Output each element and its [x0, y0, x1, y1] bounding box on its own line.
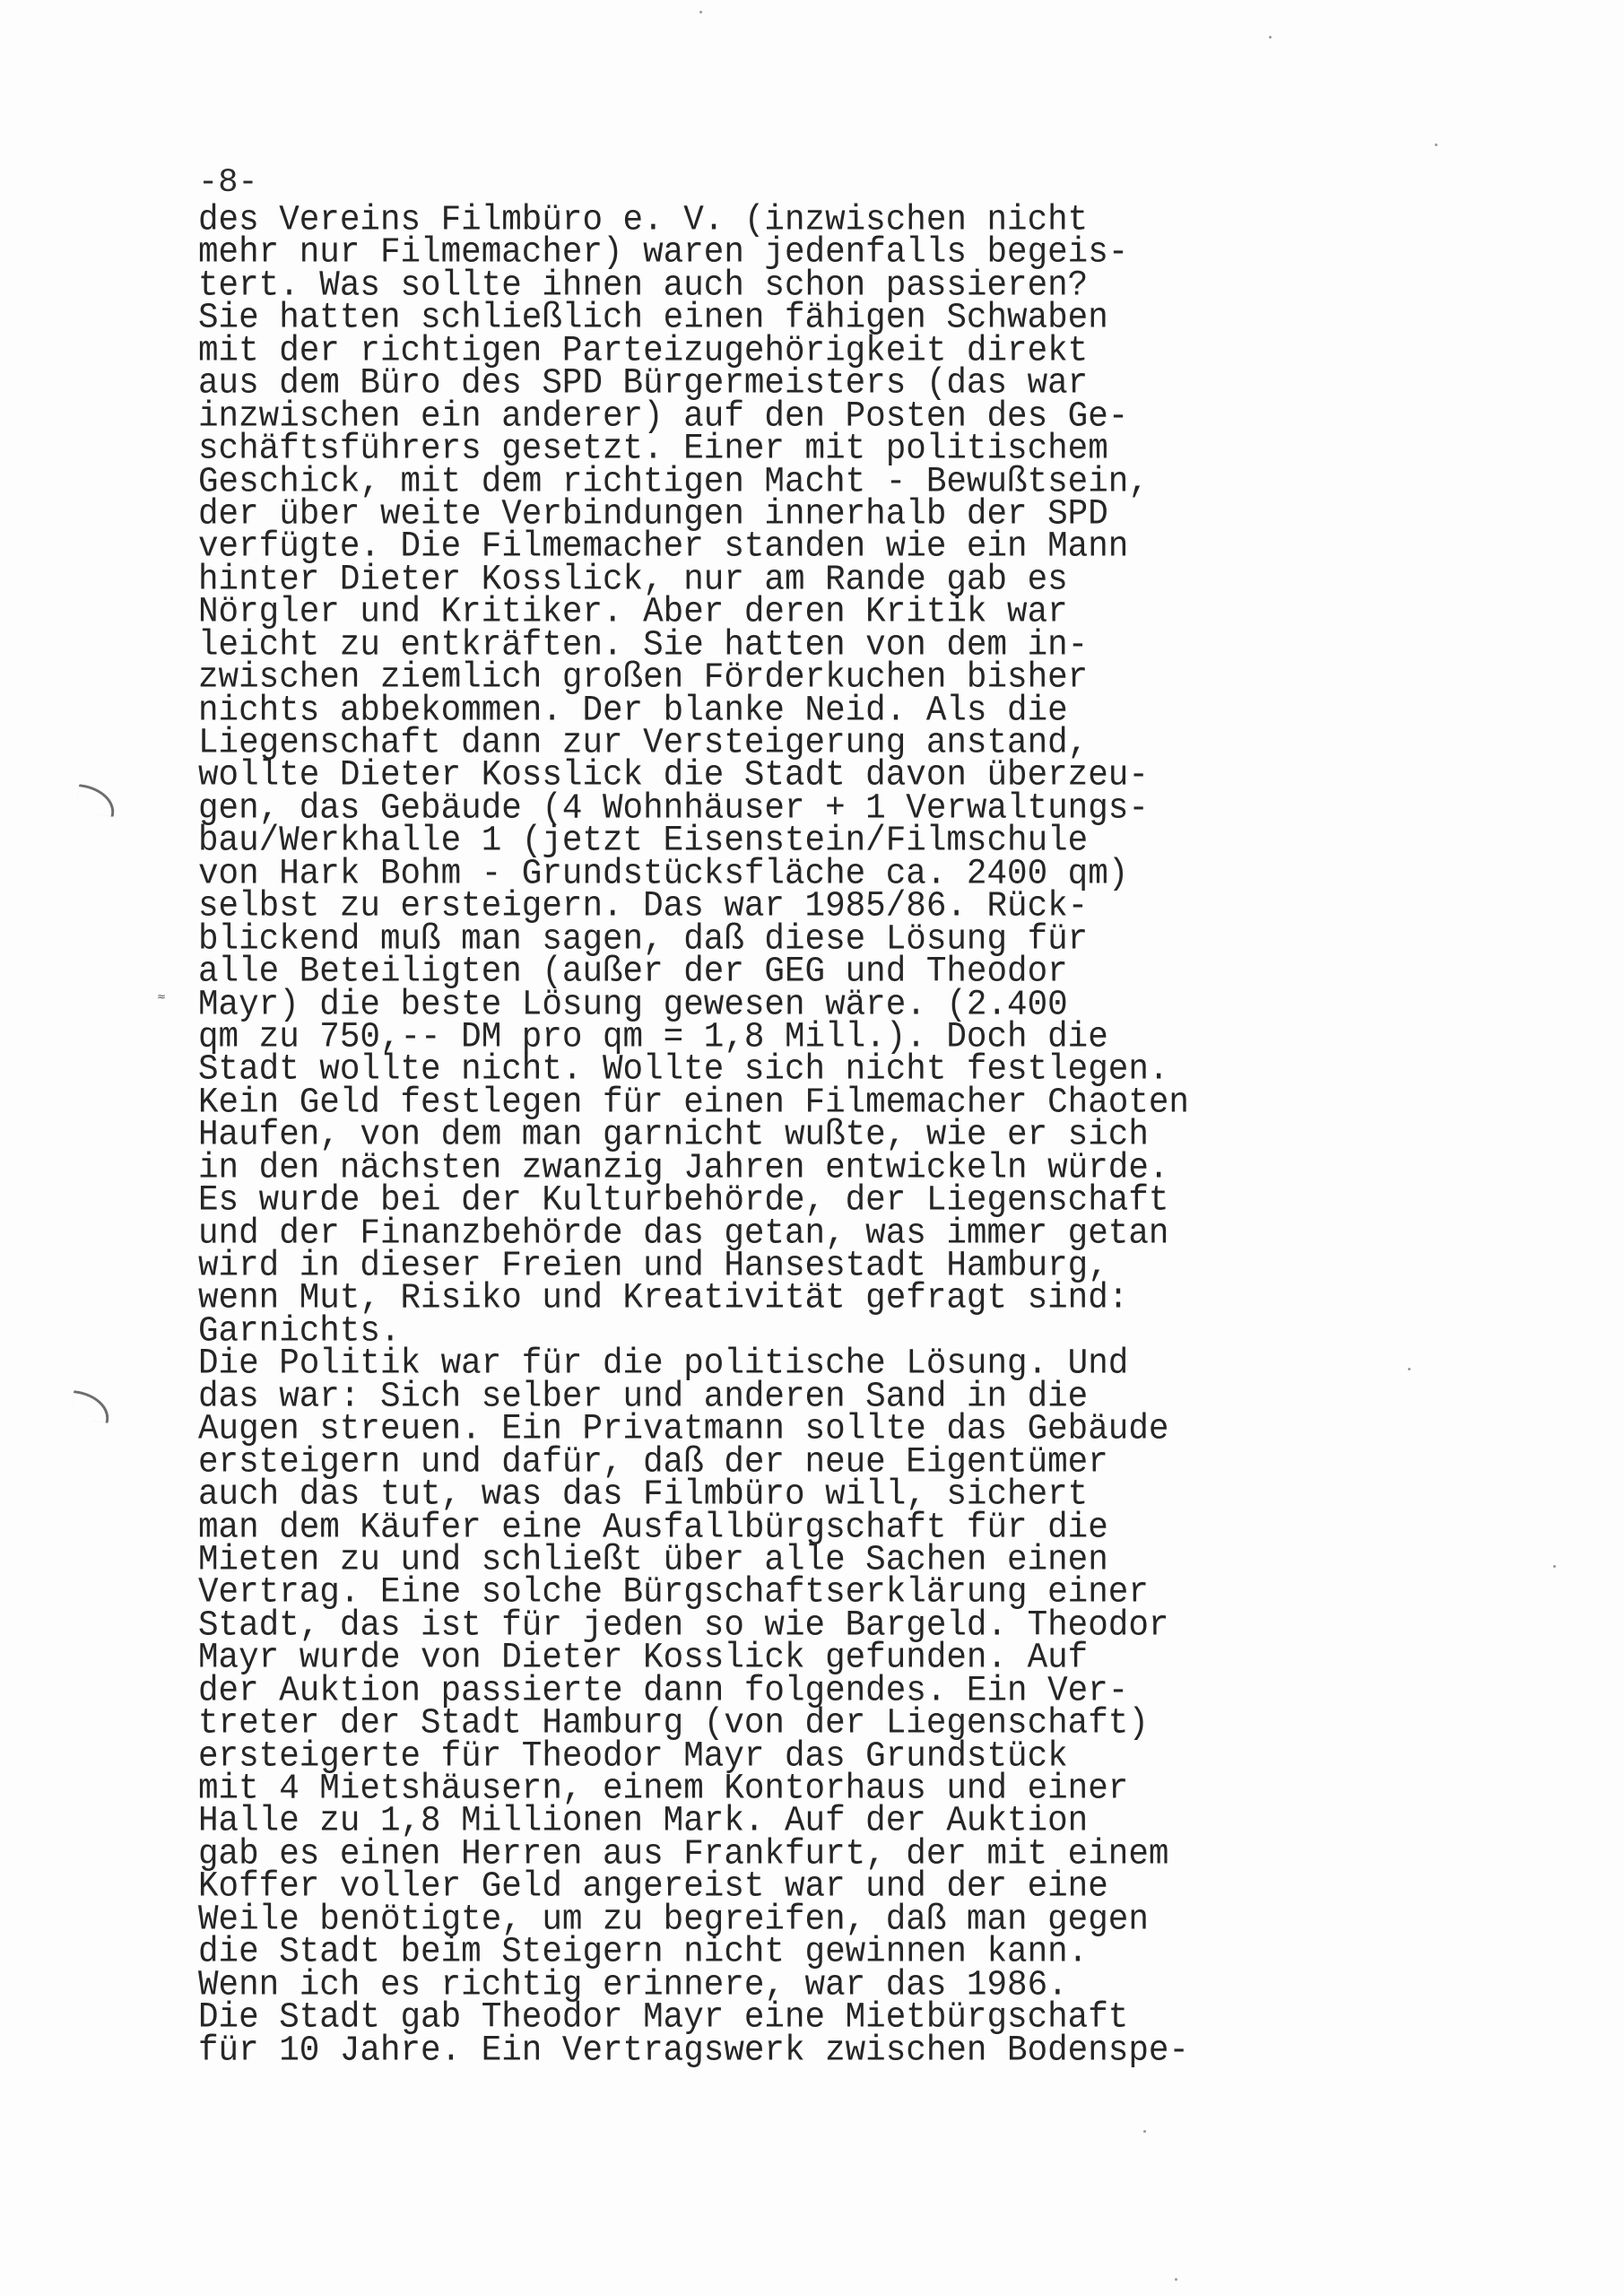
scan-speck [1553, 1565, 1556, 1568]
scan-speck [1143, 2130, 1146, 2133]
scan-speck [1269, 36, 1272, 39]
scan-speck [1175, 2278, 1177, 2281]
margin-scribble-icon: ≈ [157, 993, 177, 1000]
scan-speck [1435, 143, 1437, 146]
scanned-page: -8- des Vereins Filmbüro e. V. (inzwisch… [0, 0, 1624, 2296]
scan-speck [1408, 1368, 1411, 1370]
text-line: für 10 Jahre. Ein Vertragswerk zwischen … [198, 2033, 1189, 2068]
body-text: des Vereins Filmbüro e. V. (inzwischen n… [198, 204, 1189, 2067]
margin-arc-mark-icon [70, 1390, 112, 1423]
scan-speck [699, 11, 702, 13]
page-number: -8- [198, 167, 258, 199]
margin-arc-mark-icon [75, 784, 117, 817]
